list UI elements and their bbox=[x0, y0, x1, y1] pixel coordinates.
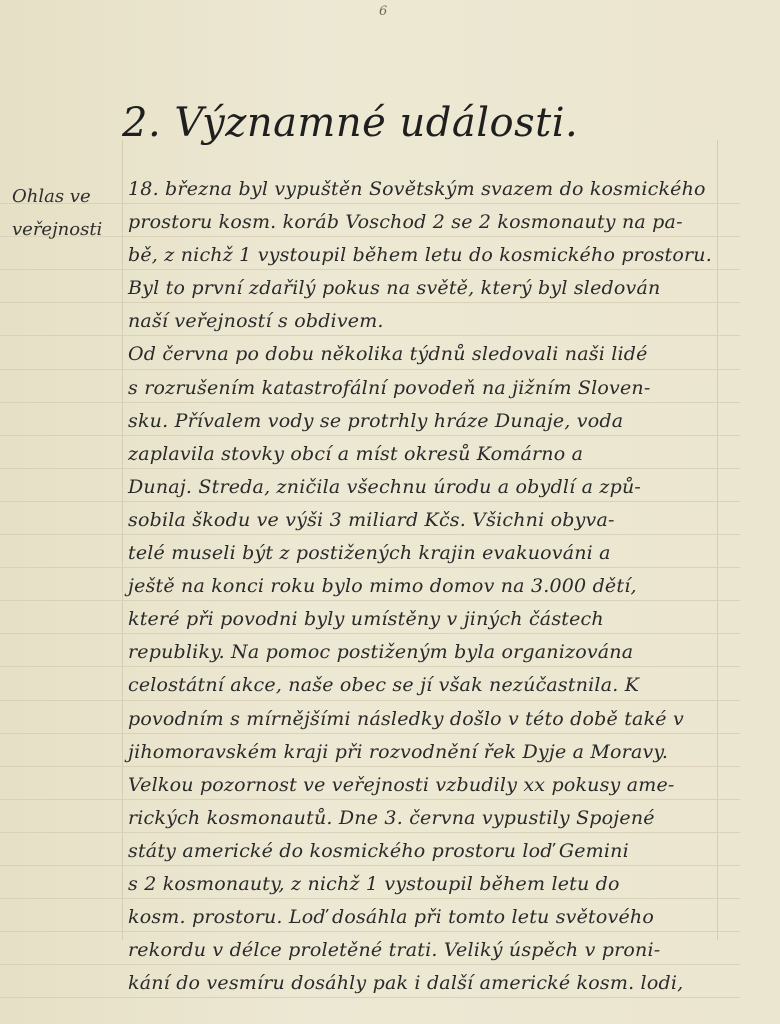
text-line: jihomoravském kraji při rozvodnění řek D… bbox=[128, 736, 718, 769]
text-line: sku. Přívalem vody se protrhly hráze Dun… bbox=[128, 405, 718, 438]
text-line: rekordu v délce proletěné trati. Veliký … bbox=[128, 934, 718, 967]
text-line: sobila škodu ve výši 3 miliard Kčs. Všic… bbox=[128, 504, 718, 537]
text-line: s 2 kosmonauty, z nichž 1 vystoupil běhe… bbox=[128, 868, 718, 901]
page-number: 6 bbox=[379, 4, 387, 19]
text-line: 18. března byl vypuštěn Sovětským svazem… bbox=[128, 173, 718, 206]
text-line: Od června po dobu několika týdnů sledova… bbox=[128, 338, 718, 371]
handwritten-body: 18. března byl vypuštěn Sovětským svazem… bbox=[128, 173, 718, 1000]
text-line: Byl to první zdařilý pokus na světě, kte… bbox=[128, 272, 718, 305]
text-line: telé museli být z postižených krajin eva… bbox=[128, 537, 718, 570]
text-line: které při povodni byly umístěny v jiných… bbox=[128, 603, 718, 636]
text-line: s rozrušením katastrofální povodeň na ji… bbox=[128, 372, 718, 405]
margin-note-line-1: Ohlas ve bbox=[12, 180, 120, 213]
text-line: celostátní akce, naše obec se jí však ne… bbox=[128, 669, 718, 702]
text-line: státy americké do kosmického prostoru lo… bbox=[128, 835, 718, 868]
text-line: republiky. Na pomoc postiženým byla orga… bbox=[128, 636, 718, 669]
text-line: bě, z nichž 1 vystoupil během letu do ko… bbox=[128, 239, 718, 272]
text-line: prostoru kosm. koráb Voschod 2 se 2 kosm… bbox=[128, 206, 718, 239]
margin-note-line-2: veřejnosti bbox=[12, 213, 120, 246]
margin-note: Ohlas ve veřejnosti bbox=[12, 180, 120, 246]
text-line: povodním s mírnějšími následky došlo v t… bbox=[128, 703, 718, 736]
text-line: Dunaj. Streda, zničila všechnu úrodu a o… bbox=[128, 471, 718, 504]
text-line: kání do vesmíru dosáhly pak i další amer… bbox=[128, 967, 718, 1000]
text-line: ještě na konci roku bylo mimo domov na 3… bbox=[128, 570, 718, 603]
text-line: zaplavila stovky obcí a míst okresů Komá… bbox=[128, 438, 718, 471]
page-title: 2. Významné události. bbox=[122, 100, 578, 146]
left-margin-line bbox=[122, 140, 123, 940]
text-line: rických kosmonautů. Dne 3. června vypust… bbox=[128, 802, 718, 835]
text-line: kosm. prostoru. Loď dosáhla při tomto le… bbox=[128, 901, 718, 934]
text-line: naší veřejností s obdivem. bbox=[128, 305, 718, 338]
text-line: Velkou pozornost ve veřejnosti vzbudily … bbox=[128, 769, 718, 802]
